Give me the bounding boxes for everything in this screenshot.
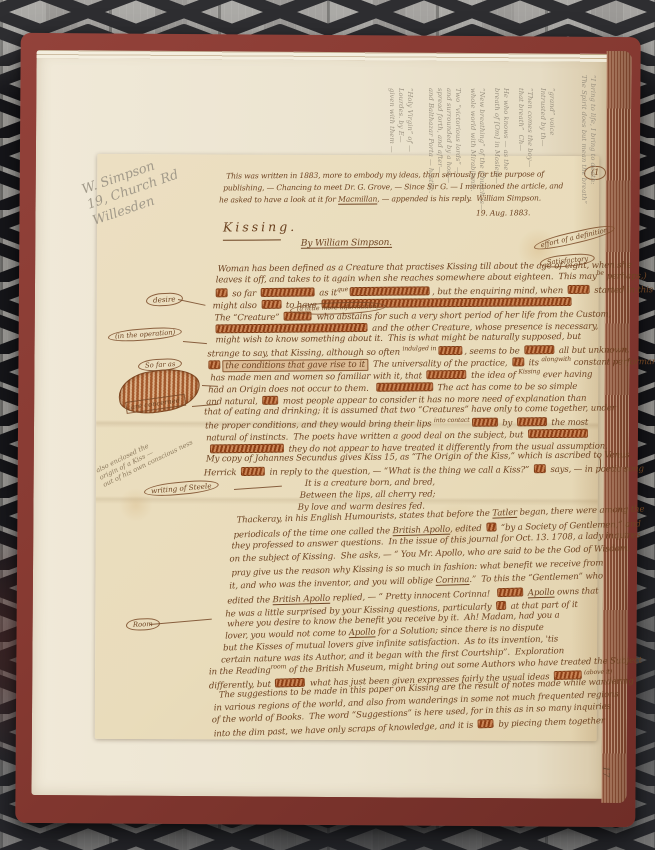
redacted-scribble	[241, 467, 265, 476]
title-underline	[223, 239, 281, 240]
redacted-scribble	[534, 464, 546, 473]
text-segment: all but unknown.	[556, 345, 629, 356]
text-segment: in reply to the question, — “What is the…	[267, 465, 532, 478]
body-line: Herrick in reply to the question, — “Wha…	[204, 463, 644, 478]
redacted-scribble	[208, 360, 220, 369]
redacted-scribble	[376, 382, 433, 392]
text-segment: in the Reading	[209, 666, 271, 678]
sideways-line: “New breathing” of the Church is—	[477, 88, 486, 211]
manuscript-title: Kissing.	[223, 222, 297, 231]
sideways-line: breath of [Om] in Moslem—	[492, 88, 501, 184]
redacted-scribble	[210, 444, 284, 454]
redacted-scribble	[275, 678, 305, 688]
text-segment: might also	[213, 301, 260, 311]
text-segment: publishing, — Chancing to meet Dr. G. Gr…	[223, 181, 563, 192]
text-segment: strange to say, that Kissing, although s…	[207, 348, 402, 360]
body-line: that of eating and drinking; it is assum…	[204, 404, 616, 417]
text-segment: ever having	[540, 370, 592, 380]
text-segment: might wish to know something about it. T…	[215, 332, 581, 346]
redacted-scribble	[528, 429, 588, 439]
text-segment: be	[597, 270, 604, 277]
redacted-scribble	[496, 601, 506, 610]
text-segment: Macmillan	[338, 194, 377, 203]
redacted-scribble	[478, 719, 494, 729]
text-segment: Herrick	[204, 468, 239, 478]
redacted-scribble	[215, 323, 367, 333]
sideways-note: “I bring to life, I bring to death:The S…	[579, 75, 597, 204]
sideways-line: that breath” Ch—	[516, 88, 525, 167]
text-segment: que	[337, 286, 348, 293]
text-segment: Apollo	[349, 627, 376, 638]
sideways-note: He who knows — as thebreath of [Om] in M…	[492, 88, 510, 184]
text-segment: so far	[230, 289, 259, 299]
annotation-line: (a little more information)	[297, 303, 379, 314]
text-segment: had an Origin does not occur to them.	[208, 384, 374, 396]
sideways-line: whole world with Mirabilanie.	[468, 88, 477, 211]
text-segment: it, and who was the inventor, and you wi…	[229, 576, 436, 592]
text-segment: as it	[317, 288, 337, 298]
text-segment: (above it)	[584, 668, 612, 676]
sideways-line: “Holy Virgin” of —	[405, 88, 414, 153]
text-segment: started in this direction	[592, 285, 655, 296]
manuscript-byline: By William Simpson.	[301, 239, 392, 249]
redacted-scribble	[472, 418, 498, 427]
text-segment: Between the lips, all cherry red;	[300, 489, 436, 500]
text-segment: edited the	[227, 595, 273, 606]
redacted-scribble	[568, 285, 590, 294]
body-line: might wish to know something about it. T…	[215, 333, 581, 346]
sideways-line: given with them —	[387, 88, 396, 153]
text-segment: owns that	[554, 586, 598, 597]
redacted-scribble	[497, 587, 523, 597]
text-segment: perhaps,)	[604, 271, 647, 281]
text-segment: constant performance	[571, 357, 655, 368]
sideways-line: and Balthazar Porta — hostile.	[426, 88, 435, 193]
redacted-scribble	[426, 370, 466, 379]
sideways-line: “grand” voice	[547, 88, 556, 146]
sideways-note: “New breathing” of the Church is—whole w…	[468, 88, 486, 211]
redacted-scribble	[350, 286, 430, 296]
text-segment: Apollo	[528, 588, 555, 599]
text-segment: Tatler	[492, 508, 517, 519]
verse-line: It is a creature born, and bred,	[305, 479, 435, 489]
text-segment: .” To this the “Gentlemen” who	[469, 571, 603, 585]
redacted-scribble	[512, 357, 524, 366]
text-segment: , edited	[450, 524, 484, 535]
sideways-line: “Then comes the boy—	[525, 88, 534, 167]
text-segment: lover, you would not come to	[225, 628, 349, 641]
sideways-line: “I bring to life, I bring to death:	[588, 75, 597, 204]
text-segment: and natural,	[206, 397, 260, 408]
text-segment: British Apollo	[392, 525, 450, 537]
text-segment: , seems to be	[464, 346, 522, 357]
sideways-line: The Spirit does but mean the breath”	[579, 75, 588, 204]
annotation-line: desire	[153, 294, 176, 304]
text-segment: indulged in	[403, 345, 437, 352]
sideways-line: and surrounded by a host—	[444, 88, 453, 193]
redacted-scribble	[524, 345, 554, 354]
sideways-line: He who knows — as the	[501, 88, 510, 184]
text-segment: The “Creature”	[215, 313, 283, 324]
sideways-note: Two “victorious lords” —and surrounded b…	[426, 88, 462, 193]
sideways-note: “grand” voiceIntrusted by th—	[538, 88, 556, 146]
sideways-note: “Then comes the boy—that breath” Ch—	[516, 88, 534, 167]
text-segment: The act has come to be so simple	[435, 382, 577, 393]
body-line: so far as itque, but the enquiring mind,…	[214, 284, 655, 300]
text-segment: the idea of	[468, 370, 518, 380]
redacted-scribble	[261, 287, 315, 297]
text-segment: room	[270, 663, 286, 670]
sideways-line: Lourdes. by E—	[396, 88, 405, 153]
header-note-line: he asked to have a look at it for Macmil…	[219, 193, 541, 204]
redacted-scribble	[262, 396, 278, 405]
text-segment: Corinna	[435, 575, 469, 586]
text-segment: Kissing	[518, 368, 540, 375]
verse-line: Between the lips, all cherry red;	[300, 490, 436, 500]
text-segment: the most	[549, 418, 588, 428]
text-segment: alongwith	[541, 356, 571, 363]
text-segment: into contact	[434, 417, 470, 424]
text-segment: British Apollo	[272, 594, 330, 606]
sideways-line: spread forth, and after—	[435, 88, 444, 193]
text-segment: by piecing them together	[496, 716, 605, 730]
sideways-line: Two “victorious lords” —	[453, 88, 462, 193]
body-line: leaves it off, and takes to it again whe…	[216, 272, 647, 285]
redacted-scribble	[486, 522, 496, 531]
text-segment: , but the enquiring mind, when	[432, 286, 566, 297]
text-segment: he asked to have a look at it for	[219, 195, 338, 205]
redacted-scribble	[216, 288, 228, 297]
text-segment: has made men and women so familiar with …	[210, 371, 424, 383]
redacted-scribble	[517, 417, 547, 426]
text-segment: its	[526, 358, 541, 368]
redacted-scribble	[261, 300, 281, 309]
sideways-note: “Holy Virgin” of —Lourdes. by E—given wi…	[387, 88, 414, 153]
redacted-scribble	[438, 346, 462, 355]
photo-of-manuscript: Kissing. By William Simpson. This was wr…	[0, 0, 655, 850]
text-segment: by	[500, 418, 515, 428]
header-note-line: publishing, — Chancing to meet Dr. G. Gr…	[223, 181, 563, 192]
sideways-line: Intrusted by th—	[538, 88, 547, 146]
body-line: My copy of Johannes Secundus gives Kiss …	[206, 451, 632, 464]
text-segment: It is a creature born, and bred,	[305, 478, 435, 489]
text-segment: , — appended is his reply. William Simps…	[377, 193, 541, 203]
annotation-line: So far as	[145, 360, 176, 370]
annotation-line: Room	[133, 620, 153, 629]
text-segment: The universality of the practice,	[368, 358, 510, 369]
page-number: 17	[600, 766, 610, 777]
verse-bracket	[592, 455, 601, 473]
